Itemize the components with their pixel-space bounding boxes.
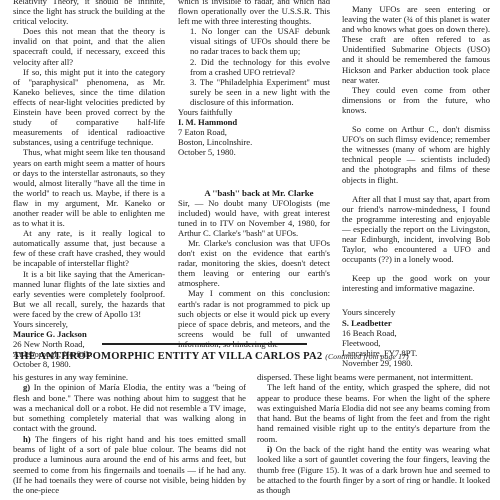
letter-signature: I. M. Hammond [178,117,330,127]
letter-column-2: which is invisible to radar, and which h… [178,0,330,349]
letter-address-line: 7 Eaton Road, [178,127,330,137]
paragraph: Sir, — No doubt many UFOlogists (me incl… [178,198,330,238]
paragraph: Does this not mean that the theory is in… [13,26,165,66]
paragraph: Keep up the good work on your interestin… [342,273,490,293]
letter-closing: Yours sincerely [342,307,490,317]
article-headline: THE ANTHROPOMORPHIC ENTITY AT VILLA CARL… [13,351,493,362]
paragraph: They could even come from other dimensio… [342,85,490,115]
paragraph: The left hand of the entity, which grasp… [257,382,490,444]
numbered-point: 2. Did the technology for this evolve fr… [178,57,330,77]
paragraph: Mr. Clarke's conclusion was that UFOs do… [178,238,330,288]
paragraph: Thus, what might seem like ten thousand … [13,147,165,228]
item-label: h) [23,434,31,444]
section-divider [102,343,307,345]
paragraph: dispersed. These light beams were perman… [257,372,490,382]
numbered-point: 1. No longer can the USAF debunk visual … [178,26,330,56]
letter-signature: Maurice G. Jackson [13,329,165,339]
letter-column-1: Relativity Theory, it should be infinite… [13,0,165,369]
letter-closing: Yours faithfully [178,107,330,117]
letter-address-line: Fleetwood, [342,338,490,348]
paragraph: g) In the opinion of María Elodia, the e… [13,382,246,433]
paragraph: his gestures in any way feminine. [13,372,246,382]
paragraph: May I comment on this conclusion: earth'… [178,288,330,349]
letter-date: October 5, 1980. [178,147,330,157]
letter-closing: Yours sincerely, [13,319,165,329]
letter-address-line: 16 Beach Road, [342,328,490,338]
paragraph: which is invisible to radar, and which h… [178,0,330,26]
paragraph: It is a bit like saying that the America… [13,269,165,319]
letter-title: A ''bash'' back at Mr. Clarke [178,188,330,198]
paragraph: i) On the back of the right hand the ent… [257,444,490,495]
paragraph: h) The fingers of his right hand and his… [13,434,246,496]
article-title: THE ANTHROPOMORPHIC ENTITY AT VILLA CARL… [13,351,322,362]
paragraph: If so, this might put it into the catego… [13,67,165,148]
continued-note: (Continued from page 17) [325,352,409,361]
letter-signature: S. Leadbetter [342,318,490,328]
paragraph: At any rate, is it really logical to aut… [13,228,165,268]
paragraph: Many UFOs are seen entering or leaving t… [342,4,490,85]
article-column-right: dispersed. These light beams were perman… [257,372,490,496]
article-column-left: his gestures in any way feminine. g) In … [13,372,246,496]
numbered-point: 3. The ''Philadelphia Experiment'' must … [178,77,330,107]
letter-address-line: Boston, Lincolnshire. [178,137,330,147]
letter-column-3: Many UFOs are seen entering or leaving t… [342,0,490,368]
paragraph: Relativity Theory, it should be infinite… [13,0,165,26]
paragraph: So come on Arthur C., don't dismiss UFO'… [342,124,490,185]
paragraph: After all that I must say that, apart fr… [342,194,490,265]
